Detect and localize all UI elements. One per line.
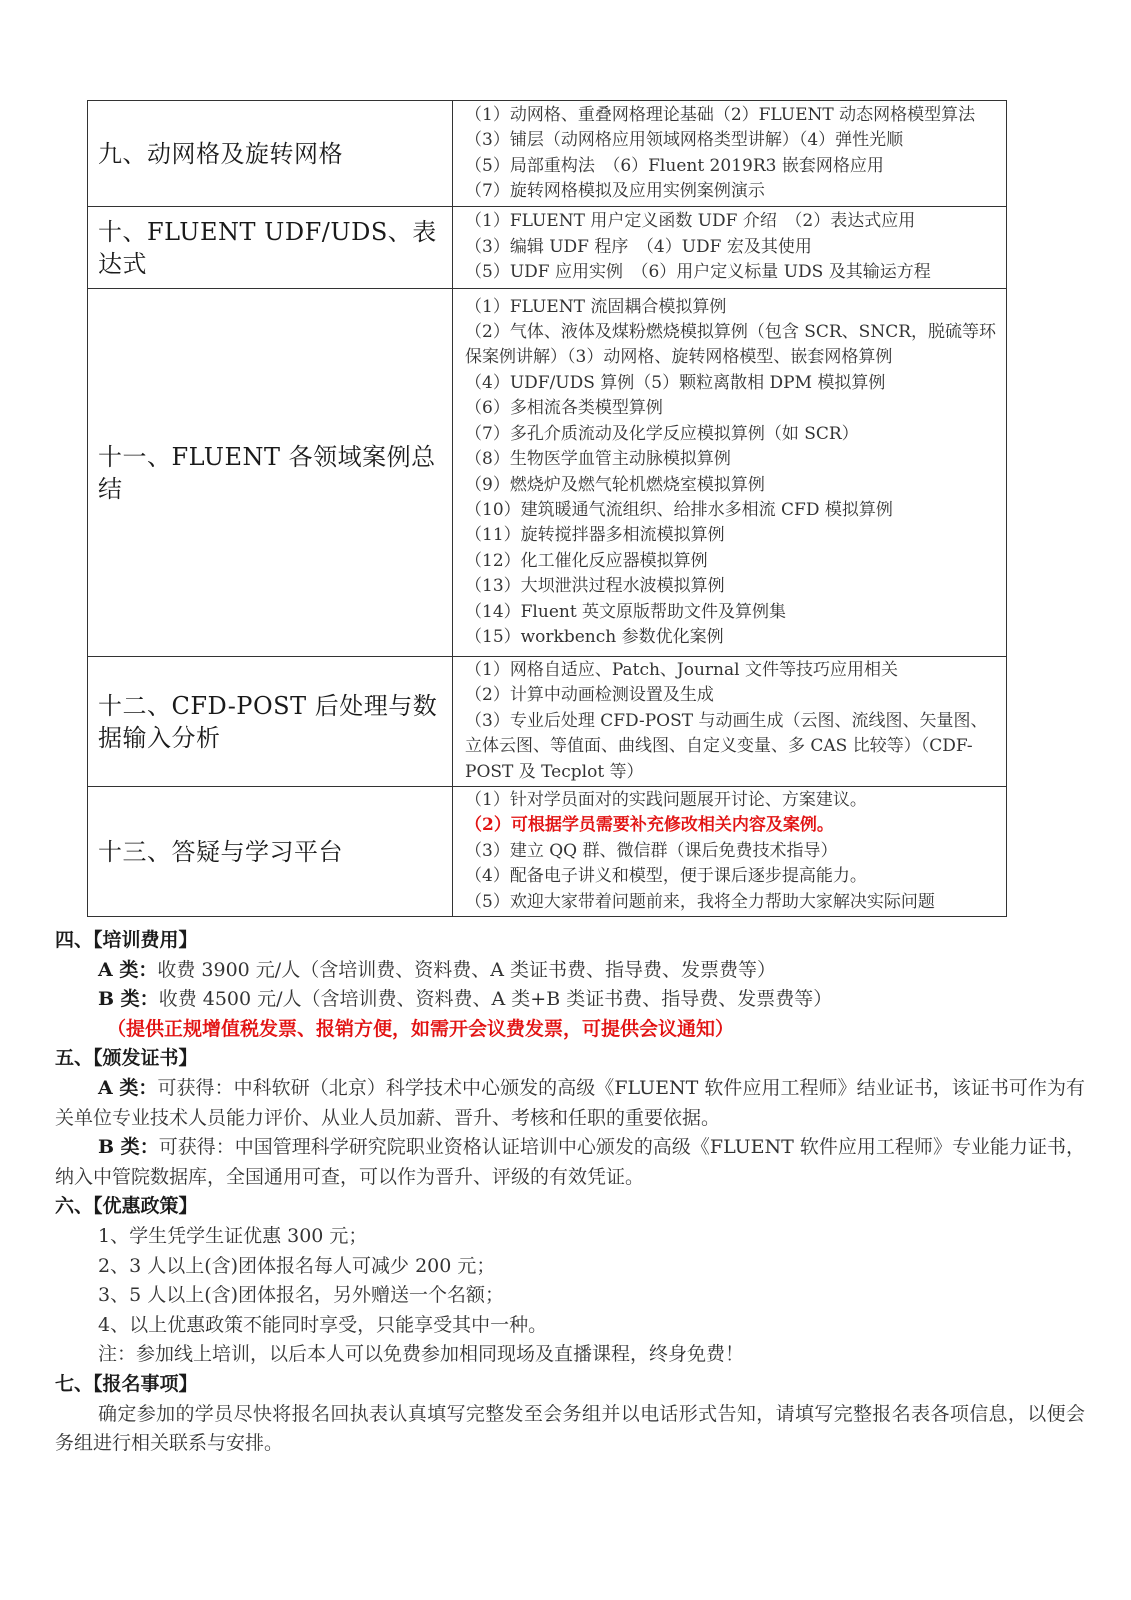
detail-line: （14）Fluent 英文原版帮助文件及算例集 <box>465 600 1000 625</box>
detail-line: （7）多孔介质流动及化学反应模拟算例（如 SCR） <box>465 422 1000 447</box>
detail-line: （2）气体、液体及煤粉燃烧模拟算例（包含 SCR、SNCR，脱硫等环保案例讲解）… <box>465 320 1000 371</box>
table-row: 十三、答疑与学习平台 （1）针对学员面对的实践问题展开讨论、方案建议。 （2）可… <box>88 787 1007 917</box>
certificate-text: 可获得：中国管理科学研究院职业资格认证培训中心颁发的高级《FLUENT 软件应用… <box>55 1136 1085 1188</box>
topic-cell: 十二、CFD-POST 后处理与数据输入分析 <box>88 657 453 787</box>
detail-line: （7）旋转网格模拟及应用实例案例演示 <box>465 179 1000 204</box>
table-row: 十、FLUENT UDF/UDS、表达式 （1）FLUENT 用户定义函数 UD… <box>88 207 1007 289</box>
detail-line: （2）计算中动画检测设置及生成 <box>465 683 1000 708</box>
section-heading: 六、【优惠政策】 <box>55 1192 1085 1222</box>
detail-line: （15）workbench 参数优化案例 <box>465 625 1000 650</box>
class-label: B 类： <box>98 1136 159 1158</box>
detail-cell: （1）网格自适应、Patch、Journal 文件等技巧应用相关 （2）计算中动… <box>453 657 1007 787</box>
detail-line: （1）FLUENT 用户定义函数 UDF 介绍 （2）表达式应用 <box>465 209 1000 234</box>
discount-item: 4、以上优惠政策不能同时享受，只能享受其中一种。 <box>55 1311 1085 1341</box>
topic-cell: 十、FLUENT UDF/UDS、表达式 <box>88 207 453 289</box>
detail-line: （1）动网格、重叠网格理论基础（2）FLUENT 动态网格模型算法（3）铺层（动… <box>465 103 1000 154</box>
fees-section: 四、【培训费用】 A 类：收费 3900 元/人（含培训费、资料费、A 类证书费… <box>55 926 1085 1044</box>
curriculum-table: 九、动网格及旋转网格 （1）动网格、重叠网格理论基础（2）FLUENT 动态网格… <box>87 100 1007 917</box>
detail-cell: （1）FLUENT 流固耦合模拟算例 （2）气体、液体及煤粉燃烧模拟算例（包含 … <box>453 289 1007 657</box>
discount-item: 3、5 人以上(含)团体报名，另外赠送一个名额； <box>55 1281 1085 1311</box>
table-row: 九、动网格及旋转网格 （1）动网格、重叠网格理论基础（2）FLUENT 动态网格… <box>88 101 1007 207</box>
topic-cell: 九、动网格及旋转网格 <box>88 101 453 207</box>
registration-section: 七、【报名事项】 确定参加的学员尽快将报名回执表认真填写完整发至会务组并以电话形… <box>55 1370 1085 1459</box>
table-row: 十二、CFD-POST 后处理与数据输入分析 （1）网格自适应、Patch、Jo… <box>88 657 1007 787</box>
registration-text: 确定参加的学员尽快将报名回执表认真填写完整发至会务组并以电话形式告知，请填写完整… <box>55 1400 1085 1459</box>
section-heading: 五、【颁发证书】 <box>55 1044 1085 1074</box>
detail-line: （5）欢迎大家带着问题前来，我将全力帮助大家解决实际问题 <box>465 890 1000 915</box>
discount-note: 注：参加线上培训，以后本人可以免费参加相同现场及直播课程，终身免费！ <box>55 1340 1085 1370</box>
fee-text: 收费 4500 元/人（含培训费、资料费、A 类+B 类证书费、指导费、发票费等… <box>159 988 833 1010</box>
detail-line: （1）FLUENT 流固耦合模拟算例 <box>465 295 1000 320</box>
detail-line: （13）大坝泄洪过程水波模拟算例 <box>465 574 1000 599</box>
detail-line: （8）生物医学血管主动脉模拟算例 <box>465 447 1000 472</box>
detail-line: （3）专业后处理 CFD-POST 与动画生成（云图、流线图、矢量图、立体云图、… <box>465 709 1000 785</box>
detail-line: （5）UDF 应用实例 （6）用户定义标量 UDS 及其输运方程 <box>465 260 1000 285</box>
invoice-note: （提供正规增值税发票、报销方便，如需开会议费发票，可提供会议通知） <box>55 1015 1085 1045</box>
detail-line-highlighted: （2）可根据学员需要补充修改相关内容及案例。 <box>465 813 1000 838</box>
detail-line: （11）旋转搅拌器多相流模拟算例 <box>465 523 1000 548</box>
detail-line: （3）建立 QQ 群、微信群（课后免费技术指导） <box>465 839 1000 864</box>
discount-item: 2、3 人以上(含)团体报名每人可减少 200 元； <box>55 1252 1085 1282</box>
detail-cell: （1）针对学员面对的实践问题展开讨论、方案建议。 （2）可根据学员需要补充修改相… <box>453 787 1007 917</box>
class-label: A 类： <box>98 1077 157 1099</box>
detail-line: （1）针对学员面对的实践问题展开讨论、方案建议。 <box>465 788 1000 813</box>
topic-cell: 十三、答疑与学习平台 <box>88 787 453 917</box>
discount-item: 1、学生凭学生证优惠 300 元； <box>55 1222 1085 1252</box>
detail-line: （3）编辑 UDF 程序 （4）UDF 宏及其使用 <box>465 235 1000 260</box>
class-label: A 类： <box>98 959 157 981</box>
detail-line: （10）建筑暖通气流组织、给排水多相流 CFD 模拟算例 <box>465 498 1000 523</box>
topic-cell: 十一、FLUENT 各领域案例总结 <box>88 289 453 657</box>
detail-line: （4）配备电子讲义和模型，便于课后逐步提高能力。 <box>465 864 1000 889</box>
certificate-class-b: B 类：可获得：中国管理科学研究院职业资格认证培训中心颁发的高级《FLUENT … <box>55 1133 1085 1192</box>
section-heading: 七、【报名事项】 <box>55 1370 1085 1400</box>
detail-line: （1）网格自适应、Patch、Journal 文件等技巧应用相关 <box>465 658 1000 683</box>
certificate-class-a: A 类：可获得：中科软研（北京）科学技术中心颁发的高级《FLUENT 软件应用工… <box>55 1074 1085 1133</box>
detail-line: （6）多相流各类模型算例 <box>465 396 1000 421</box>
detail-line: （5）局部重构法 （6）Fluent 2019R3 嵌套网格应用 <box>465 154 1000 179</box>
certificate-text: 可获得：中科软研（北京）科学技术中心颁发的高级《FLUENT 软件应用工程师》结… <box>55 1077 1085 1129</box>
fee-class-a: A 类：收费 3900 元/人（含培训费、资料费、A 类证书费、指导费、发票费等… <box>55 956 1085 986</box>
certificates-section: 五、【颁发证书】 A 类：可获得：中科软研（北京）科学技术中心颁发的高级《FLU… <box>55 1044 1085 1192</box>
detail-cell: （1）FLUENT 用户定义函数 UDF 介绍 （2）表达式应用 （3）编辑 U… <box>453 207 1007 289</box>
table-row: 十一、FLUENT 各领域案例总结 （1）FLUENT 流固耦合模拟算例 （2）… <box>88 289 1007 657</box>
discounts-section: 六、【优惠政策】 1、学生凭学生证优惠 300 元； 2、3 人以上(含)团体报… <box>55 1192 1085 1370</box>
fee-text: 收费 3900 元/人（含培训费、资料费、A 类证书费、指导费、发票费等） <box>157 959 776 981</box>
info-sections: 四、【培训费用】 A 类：收费 3900 元/人（含培训费、资料费、A 类证书费… <box>55 926 1085 1459</box>
detail-line: （9）燃烧炉及燃气轮机燃烧室模拟算例 <box>465 473 1000 498</box>
detail-cell: （1）动网格、重叠网格理论基础（2）FLUENT 动态网格模型算法（3）铺层（动… <box>453 101 1007 207</box>
section-heading: 四、【培训费用】 <box>55 926 1085 956</box>
fee-class-b: B 类：收费 4500 元/人（含培训费、资料费、A 类+B 类证书费、指导费、… <box>55 985 1085 1015</box>
document-page: 九、动网格及旋转网格 （1）动网格、重叠网格理论基础（2）FLUENT 动态网格… <box>0 0 1131 1600</box>
detail-line: （12）化工催化反应器模拟算例 <box>465 549 1000 574</box>
detail-line: （4）UDF/UDS 算例（5）颗粒离散相 DPM 模拟算例 <box>465 371 1000 396</box>
class-label: B 类： <box>98 988 159 1010</box>
